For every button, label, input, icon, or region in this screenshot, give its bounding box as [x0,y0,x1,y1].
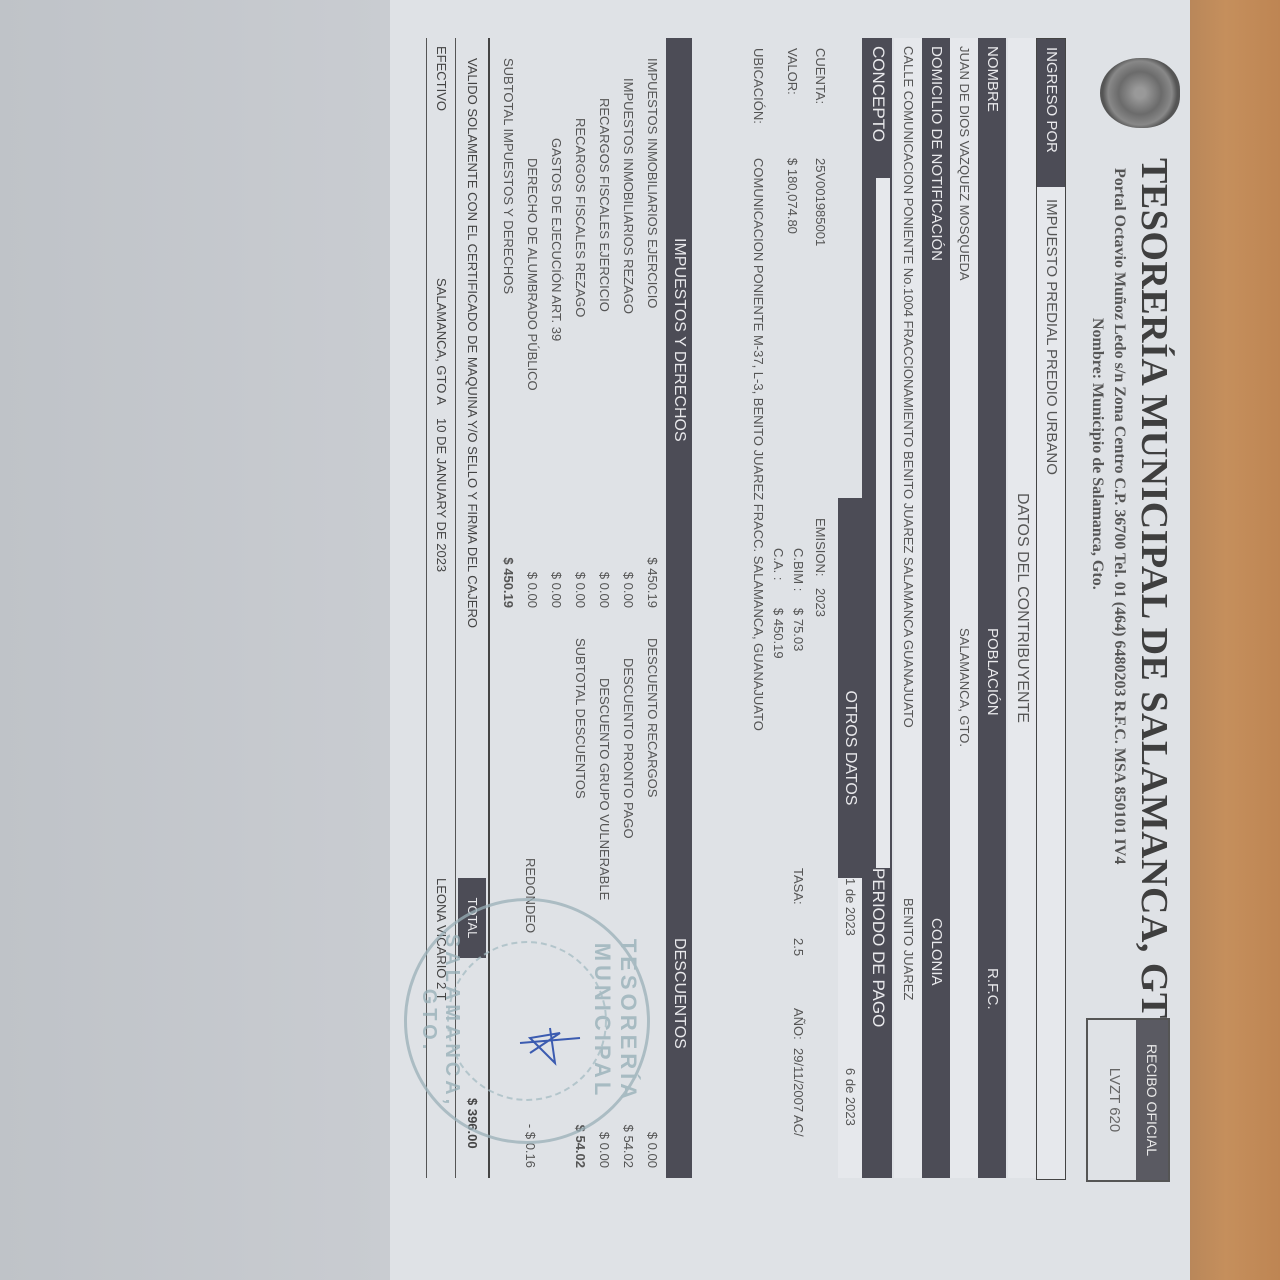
concepto-details: CUENTA: 25V001985001 VALOR: $ 180,074.80… [728,48,828,1168]
valor-label: VALOR: [785,48,800,95]
forma-pago: EFECTIVO [427,46,455,111]
ubicacion-value: COMUNICACION PONIENTE M-37, L-3, BENITO … [751,158,766,731]
otros-datos-row: OTROS DATOS 1 de 2023 6 de 2023 [838,38,862,1178]
line-item: DESCUENTO RECARGOS$ 0.00 [640,638,660,1178]
contribuyente-header-row: NOMBRE POBLACIÓN R.F.C. [978,38,1006,1178]
municipal-crest-icon [1100,58,1180,128]
line-item-value: $ 0.00 [549,572,564,608]
impuestos-descuentos-header: IMPUESTOS Y DERECHOS DESCUENTOS [666,38,692,1178]
domicilio-value: CALLE COMUNICACION PONIENTE No.1004 FRAC… [894,46,922,728]
valor-value: $ 180,074.80 [785,158,800,234]
tasa-label: TASA: [791,868,806,905]
line-item-value: $ 450.19 [645,557,660,608]
periodo-to: 6 de 2023 [838,1068,862,1126]
valido-text: VALIDO SOLAMENTE CON EL CERTIFICADO DE M… [458,58,486,628]
line-item-value: $ 0.00 [573,572,588,608]
periodo-values: 1 de 2023 6 de 2023 [838,878,862,1178]
anio-value: 29/11/2007 AC/ [791,1048,806,1137]
colonia-label: COLONIA [922,918,950,986]
tasa-value: 2.5 [791,938,806,956]
line-item: GASTOS DE EJECUCIÓN ART. 39$ 0.00 [544,58,564,618]
lugar: SALAMANCA, GTO A [427,278,455,405]
line-item-value: $ 0.00 [645,1132,660,1168]
concepto-blank [876,178,890,868]
ingreso-value: IMPUESTO PREDIAL PREDIO URBANO [1037,199,1065,475]
line-item-label: RECARGOS FISCALES EJERCICIO [597,98,612,312]
concepto-label: CONCEPTO [862,46,892,142]
ca-label: C.A. : [771,548,786,581]
treasury-name-line: Nombre: Municipio de Salamanca, Gto. [1088,318,1106,590]
official-receipt-box: RECIBO OFICIAL LVZT 620 [1086,1018,1170,1182]
line-item-label: DERECHO DE ALUMBRADO PÚBLICO [525,158,540,391]
line-item: RECARGOS FISCALES REZAGO$ 0.00 [568,58,588,618]
receipt-document: TESORERÍA MUNICIPAL DE SALAMANCA, GTO. P… [400,18,1190,1198]
receipt-label: RECIBO OFICIAL [1136,1020,1168,1180]
line-item: IMPUESTOS INMOBILIARIOS REZAGO$ 0.00 [616,58,636,618]
signature-icon [500,998,590,1078]
concepto-header-row: CONCEPTO PERIODO DE PAGO [862,38,892,1178]
line-item-label: RECARGOS FISCALES REZAGO [573,118,588,317]
nombre-label: NOMBRE [978,46,1006,112]
ingreso-label: INGRESO POR [1037,39,1065,187]
line-item-value: $ 0.00 [597,572,612,608]
seal-top-text: TESORERÍA MUNICIPAL [589,901,641,1141]
cuenta-label: CUENTA: [813,48,828,104]
line-item: IMPUESTOS INMOBILIARIOS EJERCICIO$ 450.1… [640,58,660,618]
line-item-label: DESCUENTO RECARGOS [645,638,660,797]
treasury-title: TESORERÍA MUNICIPAL DE SALAMANCA, GTO. [1132,158,1176,1058]
domicilio-label: DOMICILIO DE NOTIFICACIÓN [922,46,950,261]
periodo-label: PERIODO DE PAGO [862,868,892,1027]
poblacion-label: POBLACIÓN [978,628,1006,716]
domicilio-header-row: DOMICILIO DE NOTIFICACIÓN COLONIA [922,38,950,1178]
line-item-label: DESCUENTO GRUPO VULNERABLE [597,678,612,900]
line-item: DERECHO DE ALUMBRADO PÚBLICO$ 0.00 [520,58,540,618]
cbim-label: C.BIM : [791,548,806,591]
contribuyente-values-row: JUAN DE DIOS VAZQUEZ MOSQUEDA SALAMANCA,… [950,38,978,1178]
ingreso-row: INGRESO POR IMPUESTO PREDIAL PREDIO URBA… [1036,38,1066,1180]
rfc-label: R.F.C. [978,968,1006,1010]
cardboard-background [1190,0,1280,1280]
descuentos-section-label: DESCUENTOS [666,938,692,1049]
receipt-header: TESORERÍA MUNICIPAL DE SALAMANCA, GTO. P… [1070,18,1190,1198]
emision-label: EMISION: [813,518,828,577]
line-item-value: $ 0.00 [621,572,636,608]
line-item-label: DESCUENTO PRONTO PAGO [621,658,636,839]
cbim-value: $ 75.03 [791,608,806,651]
treasury-address: Portal Octavio Muñoz Ledo s/n Zona Centr… [1110,168,1128,864]
colonia-value: BENITO JUAREZ [894,898,922,1000]
line-item-label: IMPUESTOS INMOBILIARIOS REZAGO [621,78,636,314]
anio-label: AÑO: [791,1008,806,1040]
nombre-value: JUAN DE DIOS VAZQUEZ MOSQUEDA [950,46,978,281]
impuestos-section-label: IMPUESTOS Y DERECHOS [666,238,692,442]
cuenta-value: 25V001985001 [813,158,828,246]
seal-bottom-text: SALAMANCA, GTO. [417,901,463,1141]
ubicacion-label: UBICACIÓN: [751,48,766,124]
contribuyente-section: DATOS DEL CONTRIBUYENTE [1008,38,1036,1178]
periodo-from: 1 de 2023 [838,878,862,936]
emision-value: 2023 [813,588,828,617]
poblacion-value: SALAMANCA, GTO. [950,628,978,747]
line-item-label: IMPUESTOS INMOBILIARIOS EJERCICIO [645,58,660,308]
line-item: RECARGOS FISCALES EJERCICIO$ 0.00 [592,58,612,618]
ca-value: $ 450.19 [771,608,786,659]
line-item-value: $ 0.00 [525,572,540,608]
receipt-number: LVZT 620 [1092,1020,1136,1180]
line-item-label: GASTOS DE EJECUCIÓN ART. 39 [549,138,564,341]
domicilio-values-row: CALLE COMUNICACION PONIENTE No.1004 FRAC… [894,38,922,1178]
fecha: 10 DE JANUARY DE 2023 [427,418,455,572]
